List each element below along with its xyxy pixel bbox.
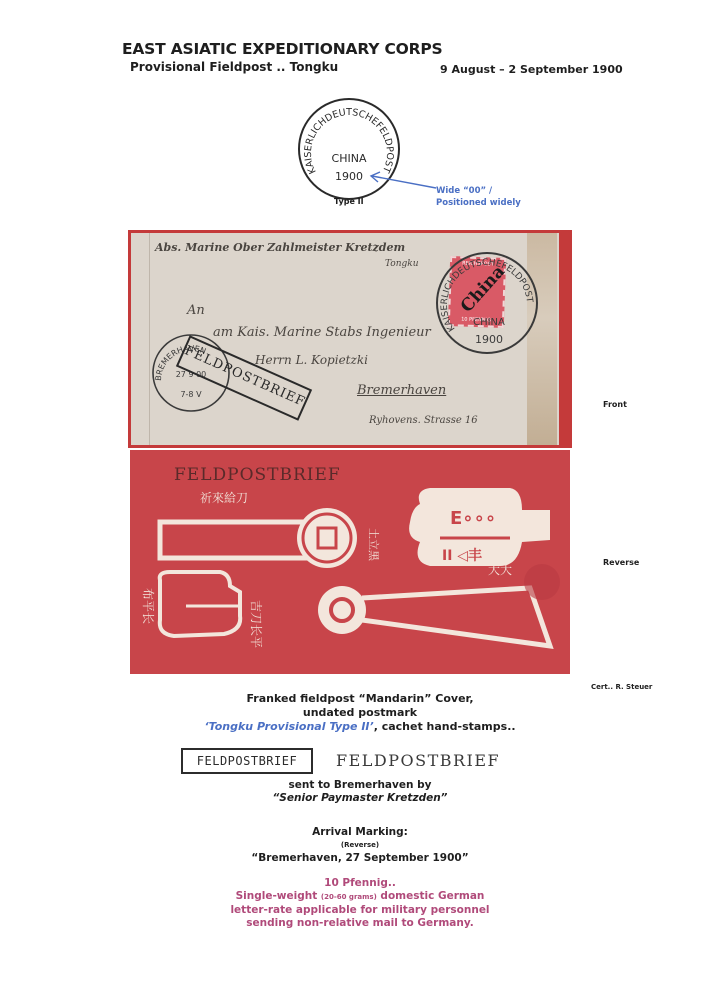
description-block: Franked fieldpost “Mandarin” Cover, unda… bbox=[0, 692, 720, 734]
svg-text:II ◁丰: II ◁丰 bbox=[442, 547, 482, 564]
cancel-year-text: 1900 bbox=[475, 333, 503, 346]
rate-line2b: domestic German bbox=[377, 890, 485, 902]
handwriting-an: An bbox=[187, 303, 205, 318]
page-title: EAST ASIATIC EXPEDITIONARY CORPS bbox=[122, 40, 442, 58]
handwriting-address-1: am Kais. Marine Stabs Ingenieur bbox=[213, 325, 431, 340]
cancel-center-text: CHINA bbox=[473, 317, 505, 328]
postmark-center-text: CHINA bbox=[332, 152, 367, 165]
svg-text:KAISERLICHDEUTSCHEFELDPOST: KAISERLICHDEUTSCHEFELDPOST bbox=[303, 107, 395, 175]
desc-line1: Franked fieldpost “Mandarin” Cover, bbox=[0, 692, 720, 706]
handwriting-origin: Tongku bbox=[385, 259, 419, 269]
rate-weight-range: (20-60 grams) bbox=[321, 893, 377, 901]
arrival-sub: (Reverse) bbox=[0, 839, 720, 852]
rate-line3: letter-rate applicable for military pers… bbox=[0, 904, 720, 917]
desc-line3: ‘Tongku Provisional Type II’, cachet han… bbox=[0, 720, 720, 734]
arrival-time-text: 7-8 V bbox=[180, 390, 202, 399]
arrival-title: Arrival Marking: bbox=[0, 826, 720, 839]
handwriting-address-3: Bremerhaven bbox=[357, 383, 446, 398]
sender-line1: sent to Bremerhaven by bbox=[0, 779, 720, 792]
postmark-year-text: 1900 bbox=[335, 170, 363, 183]
label-reverse: Reverse bbox=[603, 558, 639, 567]
pointer-arrow-icon bbox=[360, 170, 440, 200]
svg-text:布平长: 布平长 bbox=[141, 588, 156, 624]
cover-reverse-image: E∘∘∘ II ◁丰 祈來給刀 土立黑 布平长 吉刀长平 大大 FELDPOST… bbox=[130, 450, 570, 674]
cover-red-border bbox=[559, 233, 569, 445]
postmark-note-line2: Positioned widely bbox=[436, 197, 521, 209]
desc-postmark-type: ‘Tongku Provisional Type II’ bbox=[204, 720, 373, 733]
page-subtitle: Provisional Fieldpost .. Tongku bbox=[130, 60, 338, 74]
rate-line1: 10 Pfennig.. bbox=[0, 877, 720, 890]
svg-text:大大: 大大 bbox=[488, 562, 512, 577]
rate-line2: Single-weight (20-60 grams) domestic Ger… bbox=[0, 890, 720, 904]
sender-block: sent to Bremerhaven by “Senior Paymaster… bbox=[0, 779, 720, 805]
rate-line2a: Single-weight bbox=[236, 890, 321, 902]
desc-line2: undated postmark bbox=[0, 706, 720, 720]
postmark-note-line1: Wide “00” / bbox=[436, 185, 521, 197]
label-certificate: Cert.. R. Steuer bbox=[591, 683, 652, 691]
cachet-sample-serif: FELDPOSTBRIEF bbox=[336, 751, 500, 770]
cover-front-image: Abs. Marine Ober Zahlmeister Kretzdem To… bbox=[128, 230, 572, 448]
svg-text:E∘∘∘: E∘∘∘ bbox=[450, 508, 496, 529]
cancel-postmark: KAISERLICHDEUTSCHEFELDPOST CHINA 1900 bbox=[431, 247, 543, 359]
label-front: Front bbox=[603, 400, 627, 409]
handwriting-address-4: Ryhovens. Strasse 16 bbox=[369, 415, 478, 426]
svg-text:吉刀长平: 吉刀长平 bbox=[249, 600, 264, 648]
svg-text:土立黑: 土立黑 bbox=[367, 528, 381, 562]
date-range: 9 August – 2 September 1900 bbox=[440, 63, 623, 76]
cachet-handstamp-reverse: FELDPOSTBRIEF bbox=[174, 465, 341, 485]
postmark-type-label: Type II bbox=[334, 197, 364, 206]
handwriting-address-2: Herrn L. Kopietzki bbox=[255, 353, 368, 367]
desc-line3-rest: , cachet hand-stamps.. bbox=[374, 720, 516, 733]
postmark-note: Wide “00” / Positioned widely bbox=[436, 185, 521, 209]
arrival-value: “Bremerhaven, 27 September 1900” bbox=[0, 852, 720, 865]
rate-block: 10 Pfennig.. Single-weight (20-60 grams)… bbox=[0, 877, 720, 930]
rate-line4: sending non-relative mail to Germany. bbox=[0, 917, 720, 930]
chinese-inscription: 祈來給刀 bbox=[200, 490, 248, 505]
postmark-ring-text: KAISERLICHDEUTSCHEFELDPOST bbox=[303, 107, 395, 175]
arrival-block: Arrival Marking: (Reverse) “Bremerhaven,… bbox=[0, 826, 720, 865]
handwriting-sender: Abs. Marine Ober Zahlmeister Kretzdem bbox=[155, 241, 405, 254]
cachet-sample-boxed: FELDPOSTBRIEF bbox=[181, 748, 313, 774]
sender-line2: “Senior Paymaster Kretzden” bbox=[0, 792, 720, 805]
